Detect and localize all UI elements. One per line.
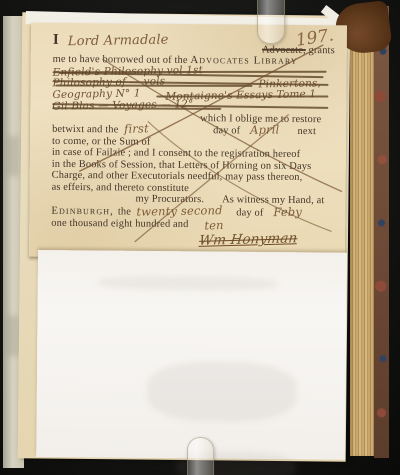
white-cover-sheet: [36, 250, 347, 460]
printed-opening-i: I: [53, 35, 59, 47]
printed-grants-word: grants: [308, 45, 334, 56]
the-text: the: [118, 206, 131, 218]
handwritten-signed-month: Feby: [273, 206, 302, 216]
advocate-grants-group: Advocate, grants: [262, 45, 335, 57]
receipt-text-block: I Lord Armadale Advocate, grants me to h…: [29, 23, 347, 260]
showthrough-smudge: [98, 276, 278, 292]
borrowing-receipt-document: 197. I Lord Armadale Advocate, grants me…: [29, 23, 347, 260]
facing-page-smudge: [7, 316, 19, 356]
edinburgh-text: Edinburgh,: [51, 205, 114, 217]
strike-stroke: [157, 95, 329, 97]
next-text: next: [298, 126, 317, 138]
polyester-strap-bottom: [187, 437, 214, 475]
photo-background: 197. I Lord Armadale Advocate, grants me…: [0, 0, 400, 475]
handwritten-book-title: Geography N° 1: [52, 88, 140, 100]
signature-line: Wm Honyman: [199, 234, 333, 248]
betwixt-text: betwixt and the: [52, 124, 118, 136]
handwritten-return-day: first: [124, 123, 149, 133]
showthrough-smudge: [147, 361, 298, 422]
handwritten-signed-day: twenty second: [136, 205, 222, 217]
thousand-text: one thousand eight hundred and: [51, 218, 188, 230]
handwritten-signature: Wm Honyman: [199, 233, 298, 246]
book-entry-4: Gil Blas — Voyages — 12°: [52, 100, 334, 114]
handwritten-return-month: April: [250, 124, 279, 135]
receipt-opening-line: I Lord Armadale Advocate, grants: [53, 35, 335, 56]
book-fore-edge-pages: [350, 24, 375, 456]
handwritten-borrower-name: Lord Armadale: [68, 36, 169, 48]
day-of-text: day of: [213, 125, 240, 137]
handwritten-signed-year: ten: [204, 220, 224, 231]
marbled-board-edge: [374, 6, 389, 458]
day-of-text-2: day of: [236, 207, 263, 219]
struck-word-advocate: Advocate,: [262, 45, 306, 56]
facing-page-smudge: [7, 136, 19, 176]
polyester-strap-top: [257, 0, 285, 44]
